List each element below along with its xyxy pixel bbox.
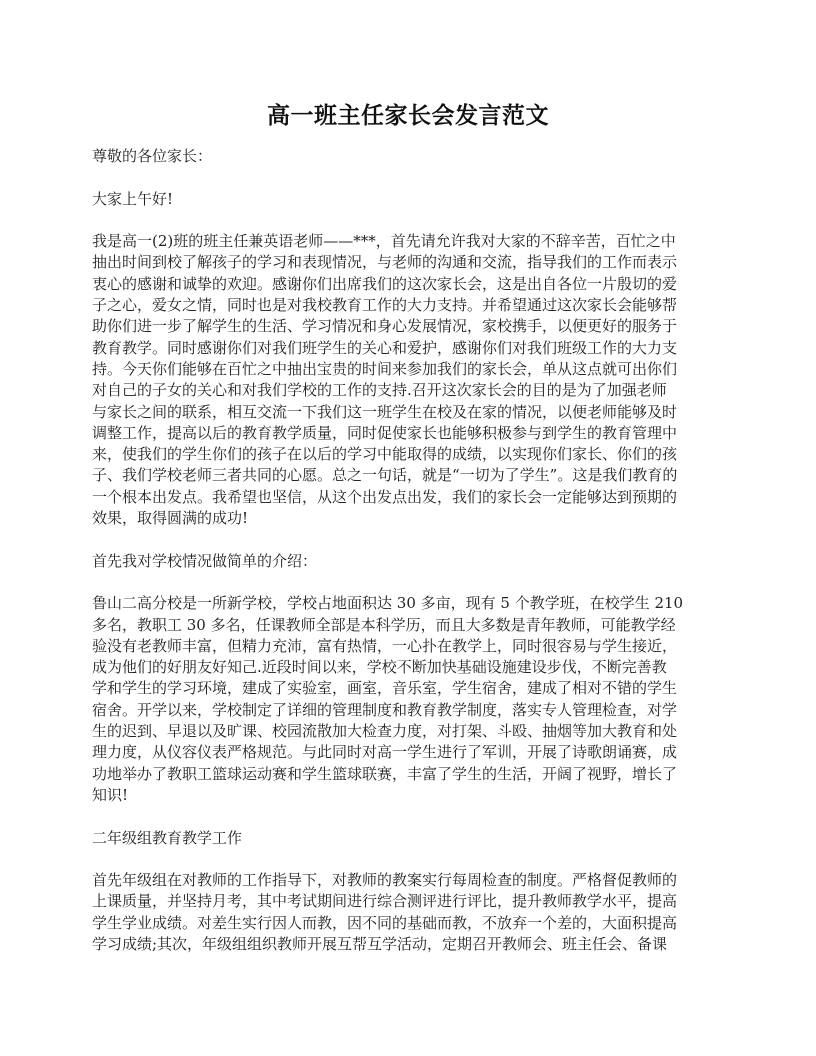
document-title: 高一班主任家长会发言范文	[0, 97, 816, 130]
text-line: 教育教学。同时感谢你们对我们班学生的关心和爱护，感谢你们对我们班级工作的大力支	[92, 338, 732, 359]
text-line: 学习成绩;其次，年级组组织教师开展互帮互学活动，定期召开教师会、班主任会、备课	[92, 934, 732, 955]
greeting: 大家上午好!	[92, 189, 732, 210]
text-line: 生的迟到、早退以及旷课、校园流散加大检查力度，对打架、斗殴、抽烟等加大教育和处	[92, 721, 732, 742]
paragraph-school-intro: 鲁山二高分校是一所新学校，学校占地面积达 30 多亩，现有 5 个教学班，在校学…	[92, 593, 732, 806]
section-heading-grade-work: 二年级组教育教学工作	[92, 828, 732, 849]
text-line: 鲁山二高分校是一所新学校，学校占地面积达 30 多亩，现有 5 个教学班，在校学…	[92, 593, 732, 614]
text-line: 子之心，爱女之情，同时也是对我校教育工作的大力支持。并希望通过这次家长会能够帮	[92, 295, 732, 316]
paragraph-grade-work: 首先年级组在对教师的工作指导下，对教师的教案实行每周检查的制度。严格督促教师的 …	[92, 870, 732, 955]
text-line: 调整工作，提高以后的教育教学质量，同时促使家长也能够积极参与到学生的教育管理中	[92, 423, 732, 444]
text-line: 功地举办了教职工篮球运动赛和学生篮球联赛，丰富了学生的生活，开阔了视野，增长了	[92, 764, 732, 785]
text-line: 理力度，从仪容仪表严格规范。与此同时对高一学生进行了军训，开展了诗歌朗诵赛，成	[92, 742, 732, 763]
text-line: 知识!	[92, 785, 732, 806]
text-line: 助你们进一步了解学生的生活、学习情况和身心发展情况，家校携手，以便更好的服务于	[92, 316, 732, 337]
text-line: 效果，取得圆满的成功!	[92, 508, 732, 529]
text-line: 二年级组教育教学工作	[92, 828, 732, 849]
text-line: 抽出时间到校了解孩子的学习和表现情况，与老师的沟通和交流，指导我们的工作而表示	[92, 252, 732, 273]
text-line: 学生学业成绩。对差生实行因人而教，因不同的基础而教，不放弃一个差的，大面积提高	[92, 913, 732, 934]
text-line: 多名，教职工 30 多名，任课教师全部是本科学历，而且大多数是青年教师，可能教学…	[92, 615, 732, 636]
text-line: 成为他们的好朋友好知己.近段时间以来，学校不断加快基础设施建设步伐，不断完善教	[92, 657, 732, 678]
paragraph-intro: 我是高一(2)班的班主任兼英语老师——***，首先请允许我对大家的不辞辛苦，百忙…	[92, 231, 732, 529]
text-line: 宿舍。开学以来，学校制定了详细的管理制度和教育教学制度，落实专人管理检查，对学	[92, 700, 732, 721]
text-line: 学和学生的学习环境，建成了实验室，画室，音乐室，学生宿舍，建成了相对不错的学生	[92, 678, 732, 699]
text-line: 验没有老教师丰富，但精力充沛，富有热情，一心扑在教学上，同时很容易与学生接近，	[92, 636, 732, 657]
text-line: 衷心的感谢和诚挚的欢迎。感谢你们出席我们的这次家长会，这是出自各位一片殷切的爱	[92, 274, 732, 295]
text-line: 一个根本出发点。我希望也坚信，从这个出发点出发，我们的家长会一定能够达到预期的	[92, 487, 732, 508]
document-body: 尊敬的各位家长： 大家上午好! 我是高一(2)班的班主任兼英语老师——***，首…	[92, 146, 732, 977]
text-line: 上课质量，并坚持月考，其中考试期间进行综合测评进行评比，提升教师教学水平，提高	[92, 891, 732, 912]
salutation: 尊敬的各位家长：	[92, 146, 732, 167]
text-line: 对自己的子女的关心和对我们学校的工作的支持.召开这次家长会的目的是为了加强老师	[92, 380, 732, 401]
document-page: 高一班主任家长会发言范文 尊敬的各位家长： 大家上午好! 我是高一(2)班的班主…	[0, 0, 816, 1056]
paragraph-school-intro-heading: 首先我对学校情况做简单的介绍：	[92, 551, 732, 572]
text-line: 首先我对学校情况做简单的介绍：	[92, 551, 732, 572]
text-line: 来，使我们的学生你们的孩子在以后的学习中能取得的成绩，以实现你们家长、你们的孩	[92, 444, 732, 465]
text-line: 首先年级组在对教师的工作指导下，对教师的教案实行每周检查的制度。严格督促教师的	[92, 870, 732, 891]
text-line: 我是高一(2)班的班主任兼英语老师——***，首先请允许我对大家的不辞辛苦，百忙…	[92, 231, 732, 252]
text-line: 与家长之间的联系，相互交流一下我们这一班学生在校及在家的情况，以便老师能够及时	[92, 402, 732, 423]
text-line: 子、我们学校老师三者共同的心愿。总之一句话，就是“一切为了学生”。这是我们教育的	[92, 465, 732, 486]
text-line: 持。今天你们能够在百忙之中抽出宝贵的时间来参加我们的家长会，单从这点就可出你们	[92, 359, 732, 380]
